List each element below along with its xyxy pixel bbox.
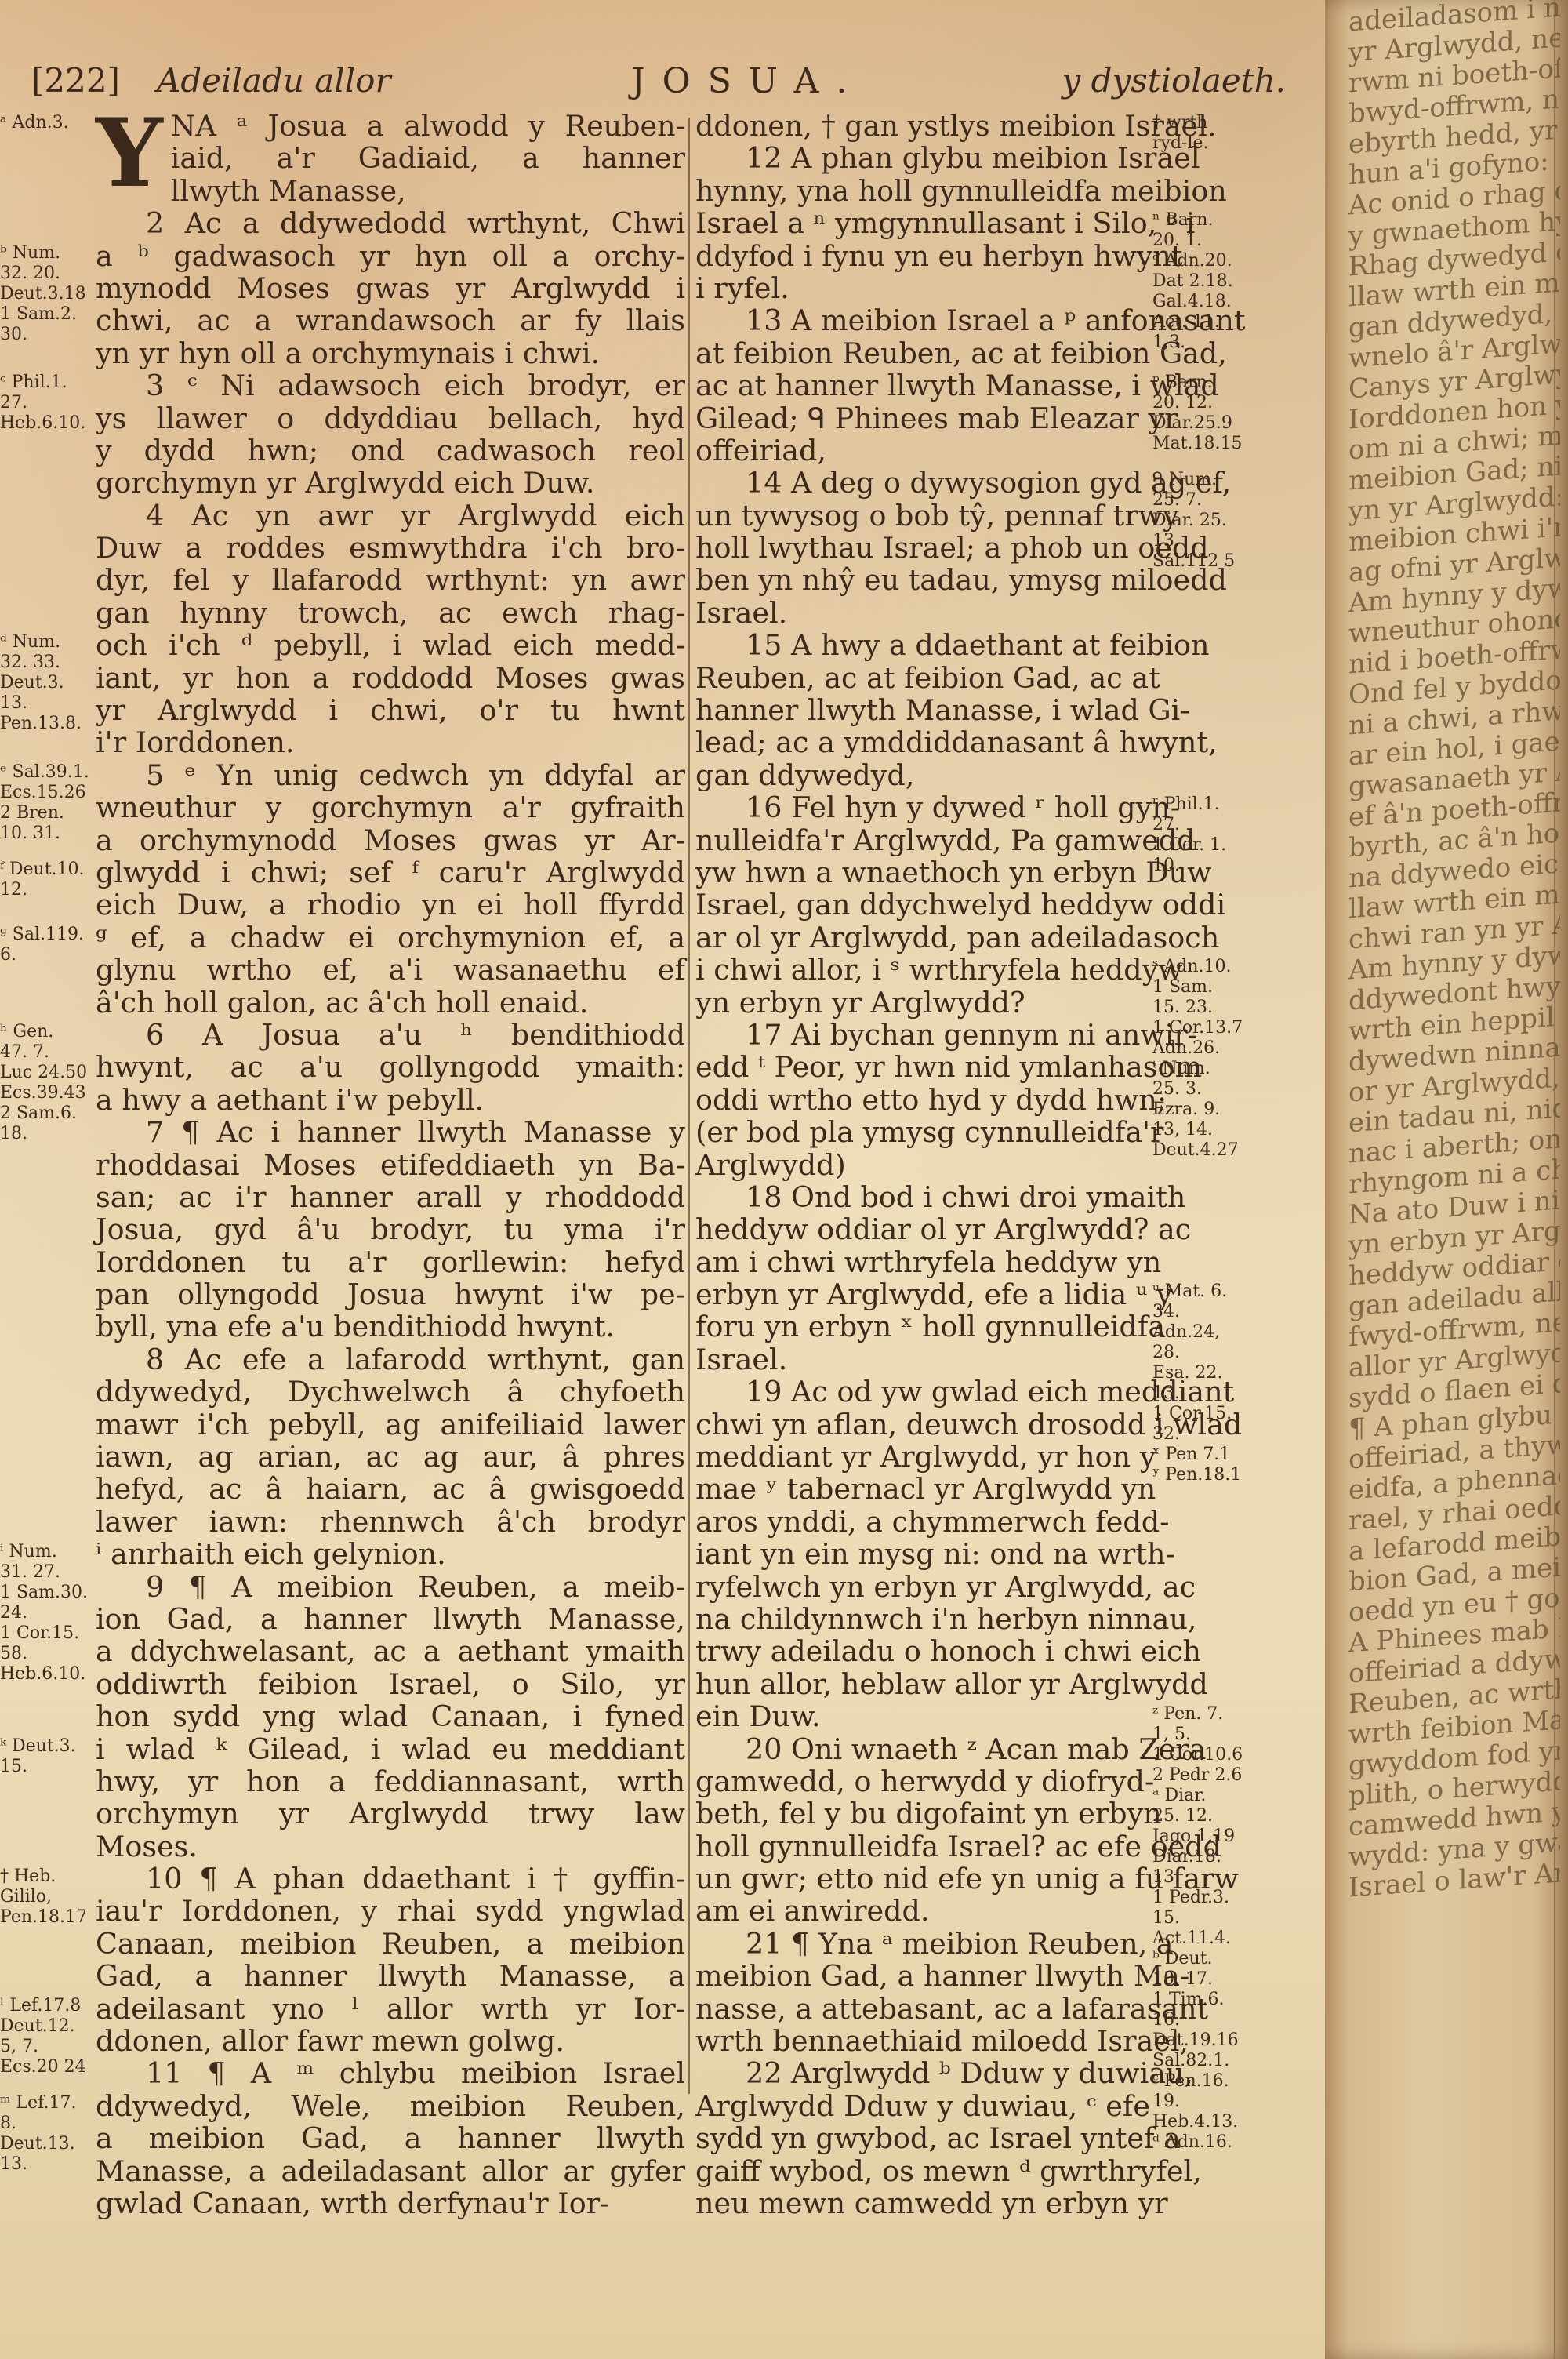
text-line: am i chwi wrthryfela heddyw yn bbox=[695, 1246, 1150, 1278]
text-line: ion Gad, a hanner llwyth Manasse, bbox=[96, 1603, 685, 1635]
text-line: ⁱ anrhaith eich gelynion. bbox=[96, 1538, 685, 1570]
text-line: a hwy a aethant i'w pebyll. bbox=[96, 1084, 685, 1116]
text-line: hon sydd yng wlad Canaan, i fyned bbox=[96, 1700, 685, 1732]
text-line: glynu wrtho ef, a'i wasanaethu ef bbox=[96, 954, 685, 986]
text-line: 2 Ac a ddywedodd wrthynt, Chwi bbox=[96, 207, 685, 239]
text-line: un gwr; etto nid efe yn unig a fu farw bbox=[695, 1863, 1150, 1895]
text-line: san; ac i'r hanner arall y rhoddodd bbox=[96, 1181, 685, 1213]
text-line: ddonen, † gan ystlys meibion Israel. bbox=[695, 110, 1150, 142]
text-line: un tywysog o bob tŷ, pennaf trwy bbox=[695, 500, 1150, 532]
text-line: gwlad Canaan, wrth derfynau'r Ior- bbox=[96, 2187, 685, 2219]
text-line: aros ynddi, a chymmerwch fedd- bbox=[695, 1506, 1150, 1538]
text-line: i chwi allor, i ˢ wrthryfela heddyw bbox=[695, 954, 1150, 986]
drop-cap: Y bbox=[96, 114, 163, 193]
text-line: i'r Iorddonen. bbox=[96, 726, 685, 758]
left-text-column: Y NA ᵃ Josua a alwodd y Reuben-iaid, a'r… bbox=[96, 110, 685, 2219]
text-line: ein Duw. bbox=[695, 1700, 1150, 1732]
text-line: 12 A phan glybu meibion Israel bbox=[695, 142, 1150, 174]
text-line: gorchymyn yr Arglwydd eich Duw. bbox=[96, 467, 685, 499]
right-text-column: ddonen, † gan ystlys meibion Israel.12 A… bbox=[695, 110, 1150, 2219]
text-line: och i'ch ᵈ pebyll, i wlad eich medd- bbox=[96, 629, 685, 661]
text-line: Canaan, meibion Reuben, a meibion bbox=[96, 1928, 685, 1960]
text-line: gan ddywedyd, bbox=[695, 759, 1150, 791]
text-line: ddywedyd, Wele, meibion Reuben, bbox=[96, 2090, 685, 2122]
text-line: Iorddonen tu a'r gorllewin: hefyd bbox=[96, 1246, 685, 1278]
margin-reference: † Heb. Gililo, Pen.18.17 bbox=[0, 1866, 87, 1928]
text-line: 11 ¶ A ᵐ chlybu meibion Israel bbox=[96, 2057, 685, 2089]
text-line: 3 ᶜ Ni adawsoch eich brodyr, er bbox=[96, 369, 685, 402]
text-line: hefyd, ac â haiarn, ac â gwisgoedd bbox=[96, 1473, 685, 1505]
text-line: 20 Oni wnaeth ᶻ Acan mab Zera bbox=[695, 1733, 1150, 1765]
text-line: iant, yr hon a roddodd Moses gwas bbox=[96, 662, 685, 694]
text-line: pan ollyngodd Josua hwynt i'w pe- bbox=[96, 1278, 685, 1310]
text-line: chwi yn aflan, deuwch drosodd i wlad bbox=[695, 1408, 1150, 1441]
text-line: 10 ¶ A phan ddaethant i † gyffin- bbox=[96, 1863, 685, 1895]
text-line: 15 A hwy a ddaethant at feibion bbox=[695, 629, 1150, 661]
text-line: a orchymynodd Moses gwas yr Ar- bbox=[96, 824, 685, 856]
text-line: holl gynnulleidfa Israel? ac efe oedd bbox=[695, 1830, 1150, 1863]
margin-reference: ʳ Phil.1. 27. 1 Cor. 1. 10. bbox=[1152, 794, 1226, 876]
text-line: Duw a roddes esmwythdra i'ch bro- bbox=[96, 532, 685, 564]
text-line: lawer iawn: rhennwch â'ch brodyr bbox=[96, 1506, 685, 1538]
text-line: ys llawer o ddyddiau bellach, hyd bbox=[96, 402, 685, 434]
margin-reference: ᵖ Barn. 20. 12. Diar.25.9 Mat.18.15 bbox=[1152, 373, 1242, 454]
margin-reference: ᵇ Num. 32. 20. Deut.3.18 1 Sam.2. 30. bbox=[0, 243, 86, 345]
margin-reference: ⁱ Num. 31. 27. 1 Sam.30. 24. 1 Cor.15. 5… bbox=[0, 1542, 88, 1685]
text-line: edd ᵗ Peor, yr hwn nid ymlanhasom bbox=[695, 1051, 1150, 1083]
running-title-left: Adeiladu allor bbox=[157, 61, 391, 100]
text-line: orchymyn yr Arglwydd trwy law bbox=[96, 1797, 685, 1830]
margin-reference: ᵏ Deut.3. 15. bbox=[0, 1736, 76, 1777]
text-line: (er bod pla ymysg cynnulleidfa'r bbox=[695, 1116, 1150, 1148]
text-line: adeilasant yno ˡ allor wrth yr Ior- bbox=[96, 1993, 685, 2025]
margin-reference: ᶻ Pen. 7. 1, 5. 1 Cor.10.6 2 Pedr 2.6 ᵃ … bbox=[1152, 1704, 1243, 2153]
text-line: chwi, ac a wrandawsoch ar fy llais bbox=[96, 304, 685, 336]
adjacent-page-rule bbox=[1554, 0, 1555, 2359]
text-line: neu mewn camwedd yn erbyn yr bbox=[695, 2187, 1150, 2219]
margin-reference: ᶜ Phil.1. 27. Heb.6.10. bbox=[0, 373, 85, 434]
text-line: ben yn nhŷ eu tadau, ymysg miloedd bbox=[695, 564, 1150, 596]
text-line: Israel a ⁿ ymgynnullasant i Silo, ᵒ i bbox=[695, 207, 1150, 239]
text-line: foru yn erbyn ˣ holl gynnulleidfa bbox=[695, 1310, 1150, 1343]
text-line: Israel. bbox=[695, 597, 1150, 629]
text-line: eich Duw, a rhodio yn ei holl ffyrdd bbox=[96, 889, 685, 921]
text-line: wneuthur y gorchymyn a'r gyfraith bbox=[96, 791, 685, 823]
margin-reference: ⁿ Barn. 20. 1. ᵒ Adn.20. Dat 2.18. Gal.4… bbox=[1152, 210, 1233, 353]
text-line: rhoddasai Moses etifeddiaeth yn Ba- bbox=[96, 1149, 685, 1181]
text-line: meddiant yr Arglwydd, yr hon y bbox=[695, 1441, 1150, 1473]
text-line: ac at hanner llwyth Manasse, i wlad bbox=[695, 369, 1150, 402]
text-line: hanner llwyth Manasse, i wlad Gi- bbox=[695, 694, 1150, 726]
text-line: Arglwydd Dduw y duwiau, ᶜ efe bbox=[695, 2090, 1150, 2122]
margin-reference: ʰ Gen. 47. 7. Luc 24.50 Ecs.39.43 2 Sam.… bbox=[0, 1022, 87, 1144]
scanned-bible-page: [222] Adeiladu allor JOSUA. y dystiolaet… bbox=[0, 0, 1568, 2359]
text-line: Gilead; ᑫ Phinees mab Eleazar yr bbox=[695, 402, 1150, 434]
text-line: beth, fel y bu digofaint yn erbyn bbox=[695, 1797, 1150, 1830]
text-line: 8 Ac efe a lafarodd wrthynt, gan bbox=[96, 1343, 685, 1376]
text-line: Josua, gyd â'u brodyr, tu yma i'r bbox=[96, 1213, 685, 1245]
text-line: â'ch holl galon, ac â'ch holl enaid. bbox=[96, 987, 685, 1019]
text-line: byll, yna efe a'u bendithiodd hwynt. bbox=[96, 1310, 685, 1343]
text-line: Israel. bbox=[695, 1343, 1150, 1376]
text-line: 9 ¶ A meibion Reuben, a meib- bbox=[96, 1571, 685, 1603]
text-line: yn yr hyn oll a orchymynais i chwi. bbox=[96, 337, 685, 369]
margin-reference: ˡ Lef.17.8 Deut.12. 5, 7. Ecs.20 24 bbox=[0, 1996, 86, 2077]
text-line: at feibion Reuben, ac at feibion Gad, bbox=[695, 337, 1150, 369]
text-line: 14 A deg o dywysogion gyd ag ef, bbox=[695, 467, 1150, 499]
text-line: offeiriad, bbox=[695, 434, 1150, 467]
text-line: am ei anwiredd. bbox=[695, 1895, 1150, 1927]
text-line: yn erbyn yr Arglwydd? bbox=[695, 987, 1150, 1019]
text-line: iau'r Iorddonen, y rhai sydd yngwlad bbox=[96, 1895, 685, 1927]
margin-reference: ᵐ Lef.17. 8. Deut.13. 13. bbox=[0, 2093, 76, 2175]
text-line: llwyth Manasse, bbox=[96, 175, 685, 207]
text-line: oddiwrth feibion Israel, o Silo, yr bbox=[96, 1668, 685, 1700]
text-line: wrth bennaethiaid miloedd Israel, bbox=[695, 2025, 1150, 2057]
text-line: hwynt, ac a'u gollyngodd ymaith: bbox=[96, 1051, 685, 1083]
margin-reference: ᵉ Sal.39.1. Ecs.15.26 2 Bren. 10. 31. bbox=[0, 762, 89, 844]
text-line: nulleidfa'r Arglwydd, Pa gamwedd bbox=[695, 824, 1150, 856]
text-line: Manasse, a adeiladasant allor ar gyfer bbox=[96, 2155, 685, 2187]
text-line: nasse, a attebasant, ac a lafarasant bbox=[695, 1993, 1150, 2025]
text-line: sydd yn gwybod, ac Israel yntef a bbox=[695, 2122, 1150, 2154]
text-line: a meibion Gad, a hanner llwyth bbox=[96, 2122, 685, 2154]
text-line: gaiff wybod, os mewn ᵈ gwrthryfel, bbox=[695, 2155, 1150, 2187]
text-line: hwy, yr hon a feddiannasant, wrth bbox=[96, 1765, 685, 1797]
running-header: [222] Adeiladu allor JOSUA. y dystiolaet… bbox=[31, 61, 1286, 108]
text-line: a ᵇ gadwasoch yr hyn oll a orchy- bbox=[96, 240, 685, 272]
text-line: mawr i'ch pebyll, ag anifeiliaid lawer bbox=[96, 1408, 685, 1441]
margin-reference: ᑫ Num. 25. 7. Diar. 25. 13. Sal.112 5 bbox=[1152, 470, 1235, 572]
text-line: holl lwythau Israel; a phob un oedd bbox=[695, 532, 1150, 564]
text-line: 17 Ai bychan gennym ni anwir- bbox=[695, 1019, 1150, 1051]
text-line: 13 A meibion Israel a ᵖ anfonasant bbox=[695, 304, 1150, 336]
text-line: Reuben, ac at feibion Gad, ac at bbox=[695, 662, 1150, 694]
text-line: a ddychwelasant, ac a aethant ymaith bbox=[96, 1635, 685, 1667]
text-line: NA ᵃ Josua a alwodd y Reuben- bbox=[96, 110, 685, 142]
text-line: na childynnwch i'n herbyn ninnau, bbox=[695, 1603, 1150, 1635]
text-line: gamwedd, o herwydd y diofryd- bbox=[695, 1765, 1150, 1797]
text-line: Israel, gan ddychwelyd heddyw oddi bbox=[695, 889, 1150, 921]
margin-reference: ᶠ Deut.10. 12. bbox=[0, 860, 85, 900]
text-line: 7 ¶ Ac i hanner llwyth Manasse y bbox=[96, 1116, 685, 1148]
text-line: Gad, a hanner llwyth Manasse, a bbox=[96, 1960, 685, 1992]
text-line: glwydd i chwi; sef ᶠ caru'r Arglwydd bbox=[96, 856, 685, 889]
margin-reference: ˢ Adn.10. 1 Sam. 15. 23. 1 Cor.13.7 Adn.… bbox=[1152, 957, 1243, 1161]
text-line: 19 Ac od yw gwlad eich meddiant bbox=[695, 1376, 1150, 1408]
text-line: 6 A Josua a'u ʰ bendithiodd bbox=[96, 1019, 685, 1051]
text-line: ᵍ ef, a chadw ei orchymynion ef, a bbox=[96, 921, 685, 954]
margin-reference: † wrth ryd-le. bbox=[1152, 113, 1209, 154]
text-line: ddywedyd, Dychwelwch â chyfoeth bbox=[96, 1376, 685, 1408]
text-line: hun allor, heblaw allor yr Arglwydd bbox=[695, 1668, 1150, 1700]
text-line: i wlad ᵏ Gilead, i wlad eu meddiant bbox=[96, 1733, 685, 1765]
text-line: hynny, yna holl gynnulleidfa meibion bbox=[695, 175, 1150, 207]
text-line: meibion Gad, a hanner llwyth Ma- bbox=[695, 1960, 1150, 1992]
adjacent-curled-page: adeiladasom i ni allor iyr Arglwydd, neu… bbox=[1325, 0, 1568, 2359]
text-line: 4 Ac yn awr yr Arglwydd eich bbox=[96, 500, 685, 532]
text-line: 22 Arglwydd ᵇ Dduw y duwiau, bbox=[695, 2057, 1150, 2089]
text-line: Moses. bbox=[96, 1830, 685, 1863]
text-line: y dydd hwn; ond cadwasoch reol bbox=[96, 434, 685, 467]
text-line: mae ʸ tabernacl yr Arglwydd yn bbox=[695, 1473, 1150, 1505]
page-number: [222] bbox=[31, 61, 120, 100]
left-page: [222] Adeiladu allor JOSUA. y dystiolaet… bbox=[0, 0, 1317, 2359]
text-line: ddyfod i fynu yn eu herbyn hwynt bbox=[695, 240, 1150, 272]
text-line: lead; ac a ymddiddanasant â hwynt, bbox=[695, 726, 1150, 758]
text-line: ryfelwch yn erbyn yr Arglwydd, ac bbox=[695, 1571, 1150, 1603]
text-line: Arglwydd) bbox=[695, 1149, 1150, 1181]
text-line: erbyn yr Arglwydd, efe a lidia ᵘ y bbox=[695, 1278, 1150, 1310]
text-line: oddi wrtho etto hyd y dydd hwn; bbox=[695, 1084, 1150, 1116]
text-line: iant yn ein mysg ni: ond na wrth- bbox=[695, 1538, 1150, 1570]
margin-reference: ᵈ Num. 32. 33. Deut.3. 13. Pen.13.8. bbox=[0, 632, 82, 734]
text-line: yw hwn a wnaethoch yn erbyn Duw bbox=[695, 856, 1150, 889]
margin-reference: ᵍ Sal.119. 6. bbox=[0, 925, 84, 965]
text-line: ddonen, allor fawr mewn golwg. bbox=[96, 2025, 685, 2057]
running-title-right: y dystiolaeth. bbox=[1062, 61, 1286, 100]
text-line: yr Arglwydd i chwi, o'r tu hwnt bbox=[96, 694, 685, 726]
text-line: i ryfel. bbox=[695, 272, 1150, 304]
text-line: 5 ᵉ Yn unig cedwch yn ddyfal ar bbox=[96, 759, 685, 791]
book-title: JOSUA. bbox=[631, 61, 864, 101]
text-line: gan hynny trowch, ac ewch rhag- bbox=[96, 597, 685, 629]
margin-reference: ᵃ Adn.3. bbox=[0, 113, 69, 133]
text-line: mynodd Moses gwas yr Arglwydd i bbox=[96, 272, 685, 304]
text-line: heddyw oddiar ol yr Arglwydd? ac bbox=[695, 1213, 1150, 1245]
text-line: 16 Fel hyn y dywed ʳ holl gyn- bbox=[695, 791, 1150, 823]
adjacent-page-text: adeiladasom i ni allor iyr Arglwydd, neu… bbox=[1348, 0, 1560, 1903]
text-line: 18 Ond bod i chwi droi ymaith bbox=[695, 1181, 1150, 1213]
margin-reference: ᵘ Mat. 6. 34. Adn.24, 28. Esa. 22. 13. 1… bbox=[1152, 1281, 1241, 1485]
text-line: iawn, ag arian, ac ag aur, â phres bbox=[96, 1441, 685, 1473]
text-line: ar ol yr Arglwydd, pan adeiladasoch bbox=[695, 921, 1150, 954]
column-divider bbox=[688, 118, 690, 2094]
text-line: dyr, fel y llafarodd wrthynt: yn awr bbox=[96, 564, 685, 596]
text-line: 21 ¶ Yna ᵃ meibion Reuben, a bbox=[695, 1928, 1150, 1960]
text-line: iaid, a'r Gadiaid, a hanner bbox=[96, 142, 685, 174]
text-line: trwy adeiladu o honoch i chwi eich bbox=[695, 1635, 1150, 1667]
